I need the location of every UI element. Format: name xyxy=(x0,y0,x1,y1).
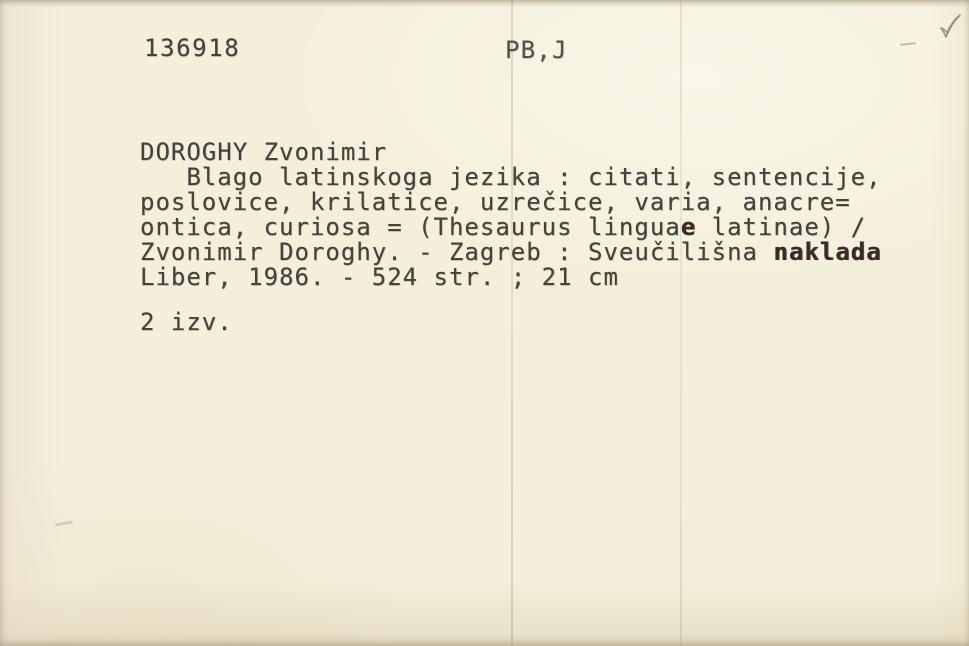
typewritten-line: Blago latinskoga jezika : citati, senten… xyxy=(140,165,882,190)
typewritten-line: Zvonimir Doroghy. - Zagreb : Sveučilišna… xyxy=(140,240,882,265)
text-segment: Blago latinskoga jezika : citati, senten… xyxy=(140,163,882,191)
paper-crease-right xyxy=(680,0,682,646)
call-number: 136918 xyxy=(144,34,240,62)
copies-note: 2 izv. xyxy=(140,310,233,335)
catalog-card: 136918 PB,J DOROGHY Zvonimir Blago latin… xyxy=(0,0,969,646)
text-segment: DOROGHY Zvonimir xyxy=(140,138,387,166)
shelf-mark: PB,J xyxy=(505,36,568,64)
pencil-checkmark-icon xyxy=(938,12,964,44)
typewritten-line: poslovice, krilatice, uzrečice, varia, a… xyxy=(140,190,882,215)
text-segment: latinae) / xyxy=(696,213,866,241)
paper-crease-left xyxy=(511,0,513,646)
text-segment: poslovice, krilatice, uzrečice, varia, a… xyxy=(140,188,851,216)
text-segment: ontica, curiosa = (Thesaurus lingua xyxy=(140,213,681,241)
bibliographic-entry: DOROGHY Zvonimir Blago latinskoga jezika… xyxy=(140,140,882,290)
text-segment: Liber, 1986. - 524 str. ; 21 cm xyxy=(140,263,619,291)
overstruck-text-segment: e xyxy=(681,213,696,241)
text-segment: Zvonimir Doroghy. - Zagreb : Sveučilišna xyxy=(140,238,773,266)
typewritten-line: ontica, curiosa = (Thesaurus linguae lat… xyxy=(140,215,882,240)
typewritten-line: DOROGHY Zvonimir xyxy=(140,140,882,165)
overstruck-text-segment: naklada xyxy=(773,238,881,266)
typewritten-line: Liber, 1986. - 524 str. ; 21 cm xyxy=(140,265,882,290)
pencil-dash-mark xyxy=(900,42,916,46)
paper-smudge xyxy=(55,520,73,526)
